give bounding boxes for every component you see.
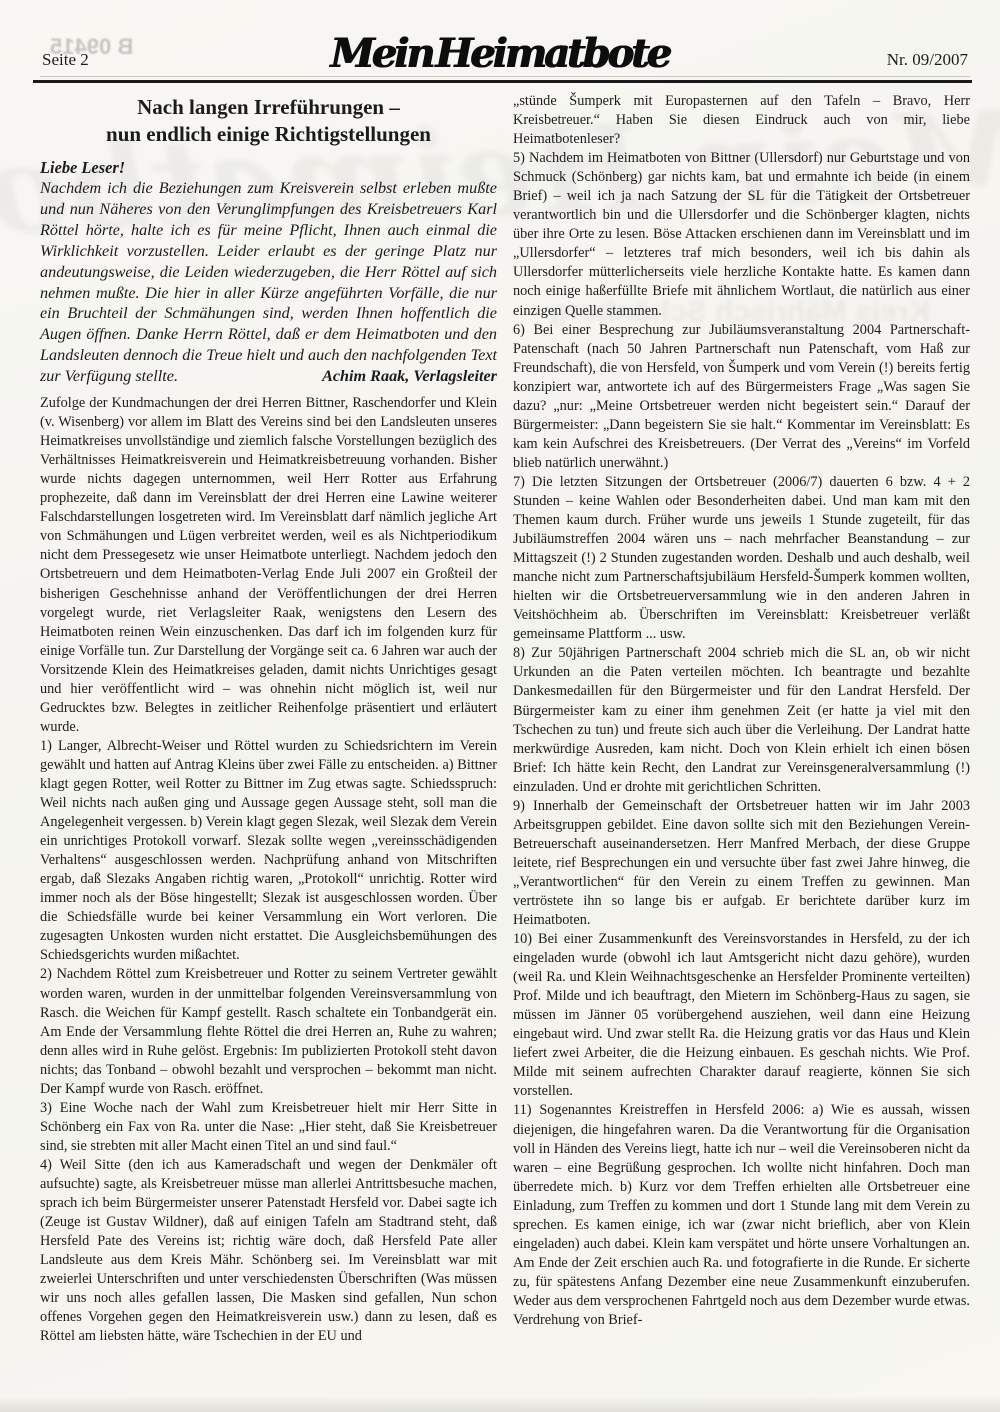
paragraph-item-8: 8) Zur 50jährigen Partnerschaft 2004 sch… (513, 644, 970, 796)
editor-signature: Achim Raak, Verlagsleiter (322, 366, 497, 387)
header-rule-thick (33, 80, 972, 83)
article-title-line1: Nach langen Irreführungen – (40, 94, 497, 121)
paragraph-item-9: 9) Innerhalb der Gemeinschaft der Ortsbe… (513, 797, 970, 930)
paragraph-item-4: 4) Weil Sitte (den ich aus Kameradschaft… (40, 1156, 497, 1346)
issue-number-label: Nr. 09/2007 (887, 50, 968, 70)
right-column-body: „stünde Šumperk mit Europasternen auf de… (513, 92, 970, 1330)
salutation: Liebe Leser! (40, 157, 497, 178)
paragraph-item-11: 11) Sogenanntes Kreistreffen in Hersfeld… (513, 1101, 970, 1330)
newspaper-page: B 09415 Mein Heimatbote Kreis Mährisch S… (0, 0, 1000, 1412)
paragraph-item-1: 1) Langer, Albrecht-Weiser und Röttel wu… (40, 737, 497, 966)
paragraph-item-6: 6) Bei einer Besprechung zur Jubiläumsve… (513, 321, 970, 473)
paragraph-intro-statement: Zufolge der Kundmachungen der drei Herre… (40, 394, 497, 737)
paragraph-item-4-continued: „stünde Šumperk mit Europasternen auf de… (513, 92, 970, 149)
paragraph-item-3: 3) Eine Woche nach der Wahl zum Kreisbet… (40, 1099, 497, 1156)
scan-shadow (0, 1396, 1000, 1412)
article-columns: Nach langen Irreführungen – nun endlich … (40, 92, 970, 1384)
left-column-body: Zufolge der Kundmachungen der drei Herre… (40, 394, 497, 1346)
paragraph-item-5: 5) Nachdem im Heimatboten von Bittner (U… (513, 149, 970, 320)
paragraph-item-10: 10) Bei einer Zusammenkunft des Vereinsv… (513, 930, 970, 1101)
masthead-logo: Mein Heimatbote (0, 30, 1000, 77)
article-title: Nach langen Irreführungen – nun endlich … (40, 94, 497, 148)
header-rule-thin (40, 76, 970, 77)
paragraph-item-7: 7) Die letzten Sitzungen der Ortsbetreue… (513, 473, 970, 644)
left-column: Nach langen Irreführungen – nun endlich … (40, 92, 497, 1384)
editor-intro: Nachdem ich die Beziehungen zum Kreisver… (40, 178, 497, 387)
paragraph-item-2: 2) Nachdem Röttel zum Kreisbetreuer und … (40, 965, 497, 1098)
editor-intro-text: Nachdem ich die Beziehungen zum Kreisver… (40, 179, 497, 385)
article-title-line2: nun endlich einige Richtigstellungen (40, 121, 497, 148)
right-column: „stünde Šumperk mit Europasternen auf de… (513, 92, 970, 1384)
